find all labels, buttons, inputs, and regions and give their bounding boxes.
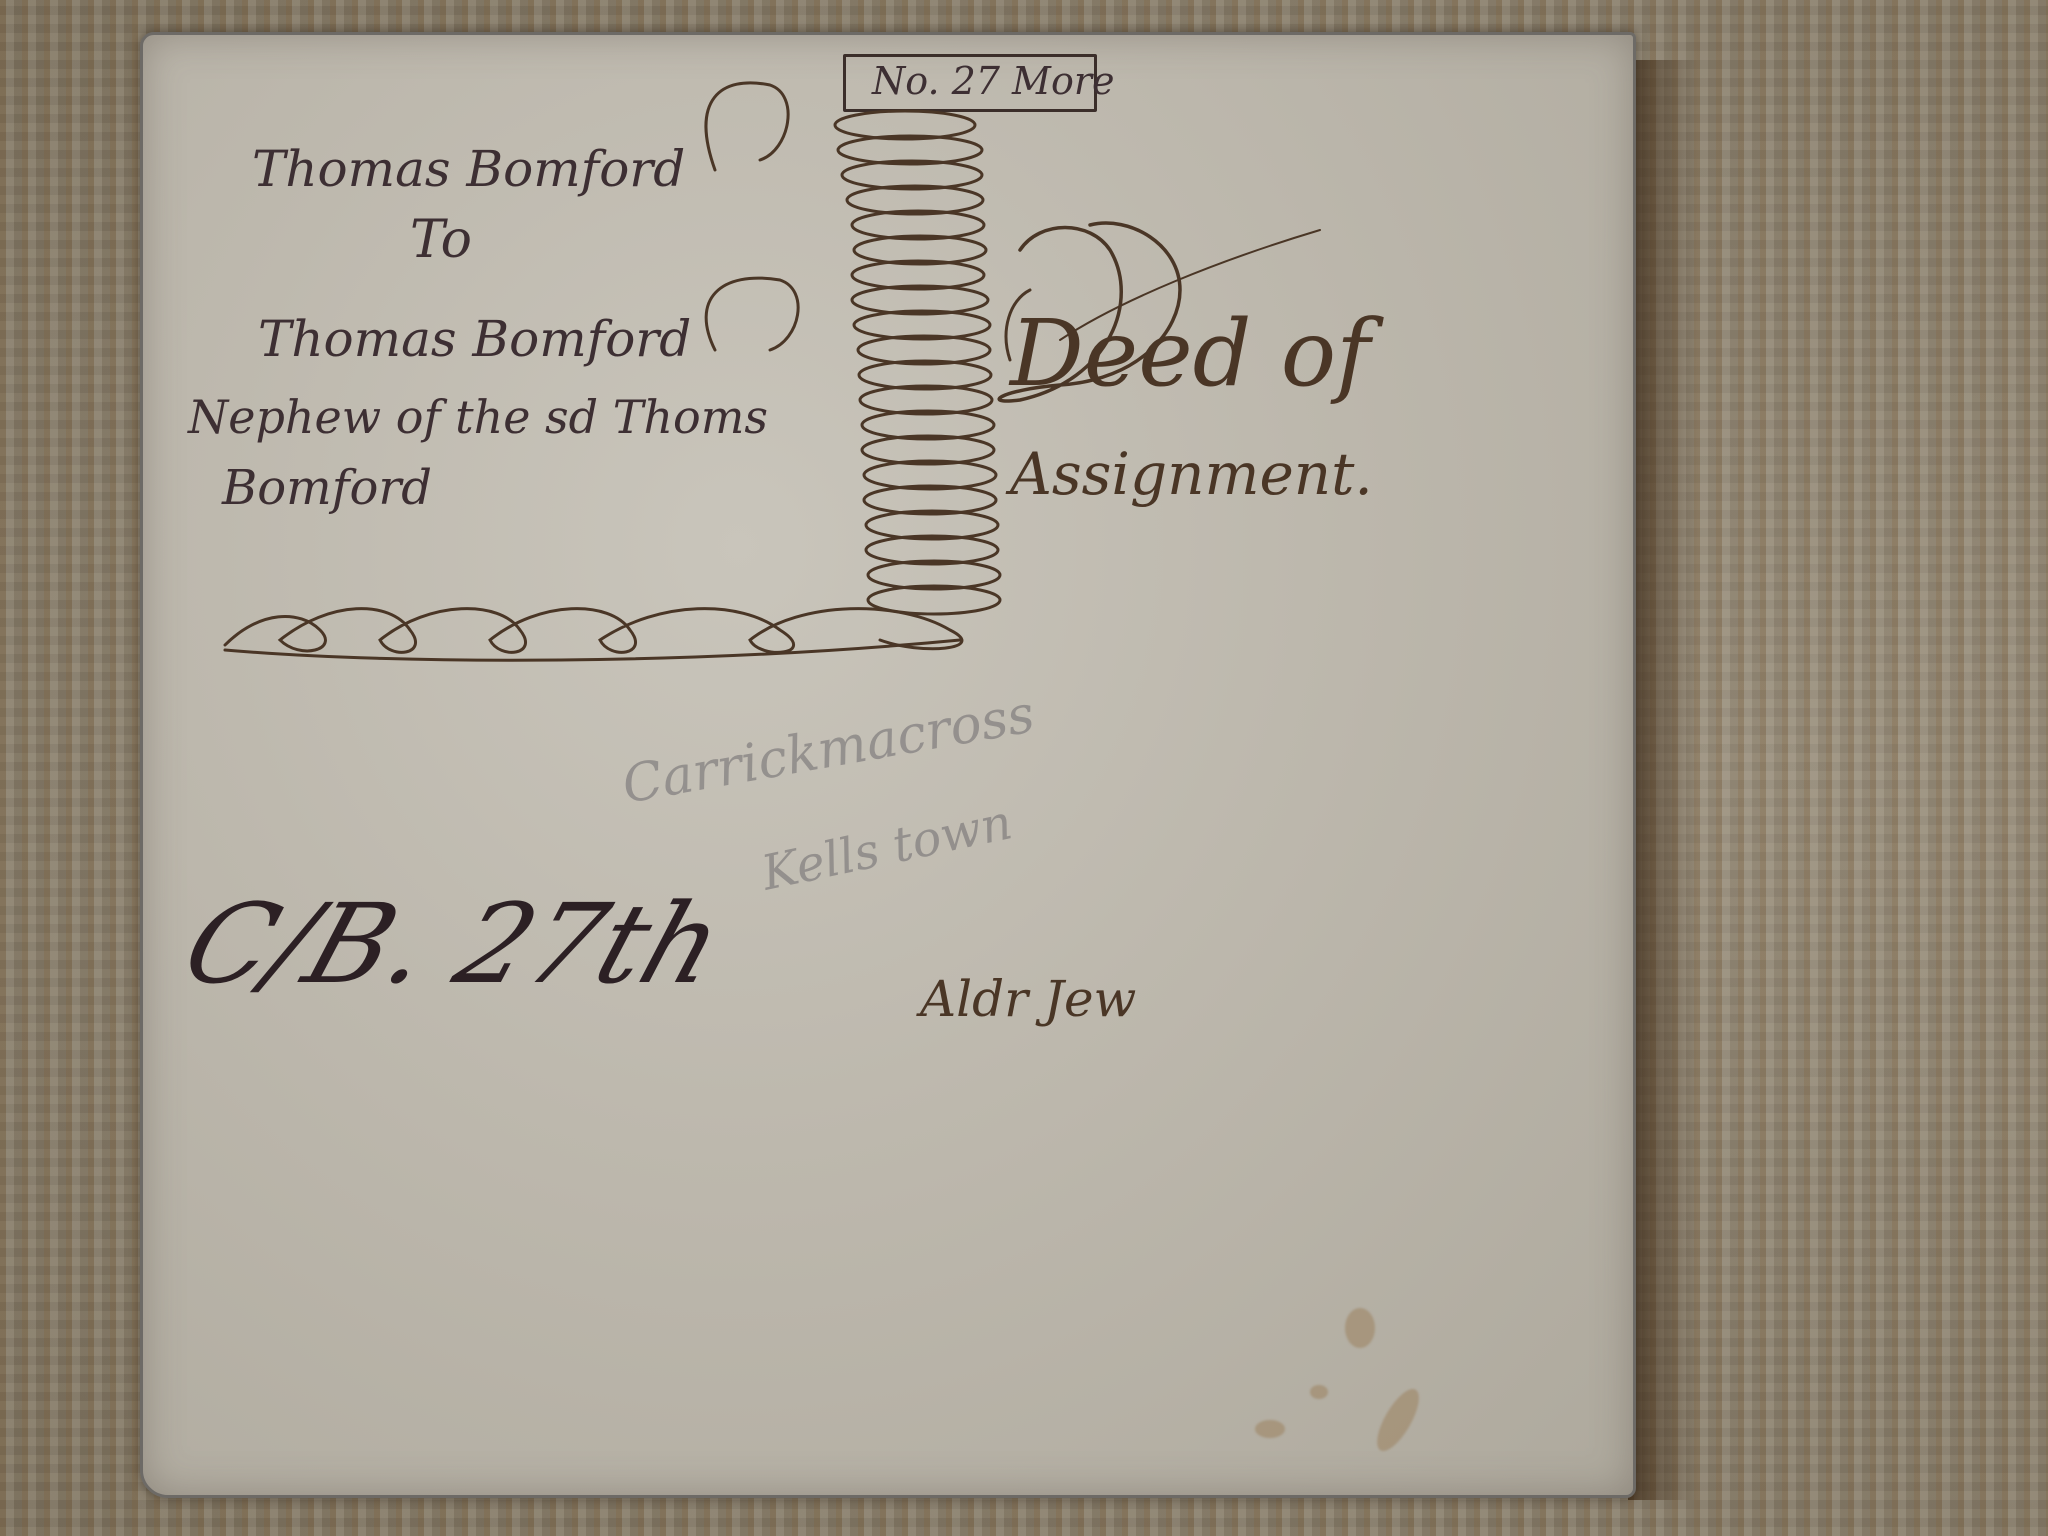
stain-mark (1345, 1308, 1375, 1348)
stain-mark (1310, 1385, 1328, 1399)
ink-flourishes (0, 0, 2048, 1536)
coil-flourish-icon (835, 111, 1000, 614)
loop-underline-icon (225, 609, 962, 653)
d-flourish-icon (999, 223, 1180, 401)
stain-mark (1255, 1420, 1285, 1438)
